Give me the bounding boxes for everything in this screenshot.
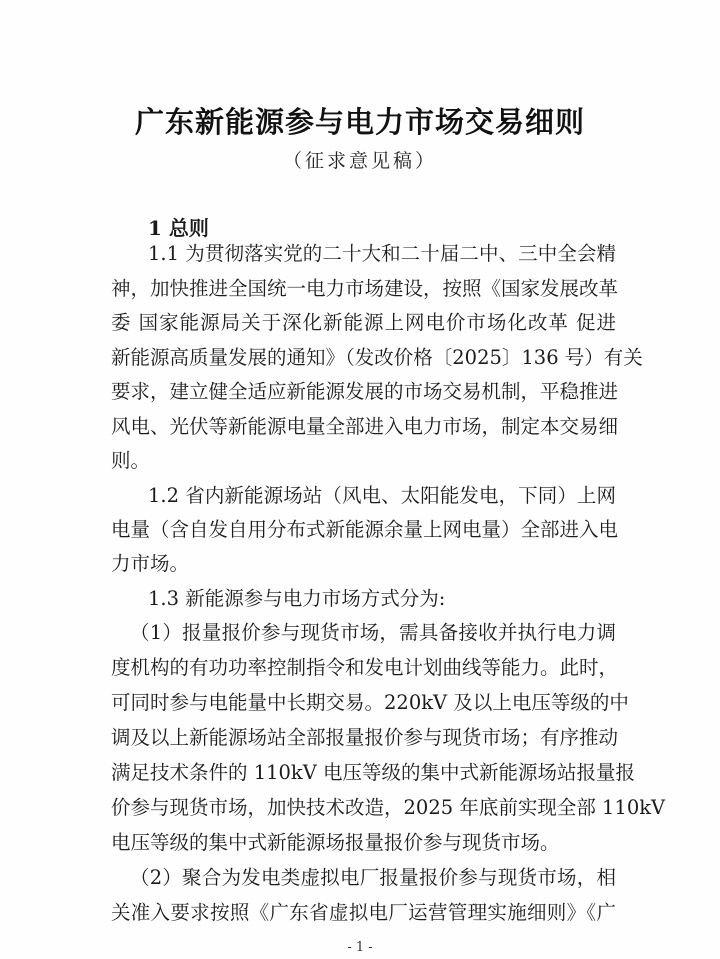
paragraph-line: （2）聚合为发电类虚拟电厂报量报价参与现货市场，相 <box>130 862 616 890</box>
paragraph-line: 1.2 省内新能源场站（风电、太阳能发电，下同）上网 <box>148 480 616 508</box>
paragraph-line: 1.3 新能源参与电力市场方式分为: <box>148 583 616 611</box>
paragraph-line: 新能源高质量发展的通知》（发改价格〔2025〕136 号）有关 <box>111 342 616 370</box>
paragraph-line: （1）报量报价参与现货市场，需具备接收并执行电力调 <box>130 617 616 645</box>
paragraph-line: 可同时参与电能量中长期交易。220kV 及以上电压等级的中 <box>111 687 616 715</box>
paragraph-line: 电压等级的集中式新能源场报量报价参与现货市场。 <box>111 827 616 855</box>
paragraph-line: 价参与现货市场，加快技术改造，2025 年底前实现全部 110kV <box>111 792 616 820</box>
paragraph-line: 关准入要求按照《广东省虚拟电厂运营管理实施细则》《广 <box>111 897 616 925</box>
paragraph-line: 风电、光伏等新能源电量全部进入电力市场，制定本交易细 <box>111 411 616 439</box>
document-title: 广东新能源参与电力市场交易细则 <box>0 100 720 141</box>
paragraph-line: 则。 <box>111 445 616 473</box>
paragraph-line: 神，加快推进全国统一电力市场建设，按照《国家发展改革 <box>111 273 616 301</box>
page-number: - 1 - <box>0 940 720 955</box>
section-heading: 1 总则 <box>148 212 209 241</box>
paragraph-line: 度机构的有功功率控制指令和发电计划曲线等能力。此时， <box>111 652 616 680</box>
paragraph-line: 电量（含自发自用分布式新能源余量上网电量）全部进入电 <box>111 514 616 542</box>
paragraph-line: 调及以上新能源场站全部报量报价参与现货市场；有序推动 <box>111 722 616 750</box>
paragraph-line: 要求，建立健全适应新能源发展的市场交易机制，平稳推进 <box>111 376 616 404</box>
paragraph-line: 委 国家能源局关于深化新能源上网电价市场化改革 促进 <box>111 307 616 335</box>
document-page: 广东新能源参与电力市场交易细则 （征求意见稿） 1 总则 1.1 为贯彻落实党的… <box>0 0 720 959</box>
paragraph-line: 满足技术条件的 110kV 电压等级的集中式新能源场站报量报 <box>111 757 616 785</box>
paragraph-line: 1.1 为贯彻落实党的二十大和二十届二中、三中全会精 <box>148 238 616 266</box>
document-subtitle: （征求意见稿） <box>0 146 720 173</box>
paragraph-line: 力市场。 <box>111 548 616 576</box>
